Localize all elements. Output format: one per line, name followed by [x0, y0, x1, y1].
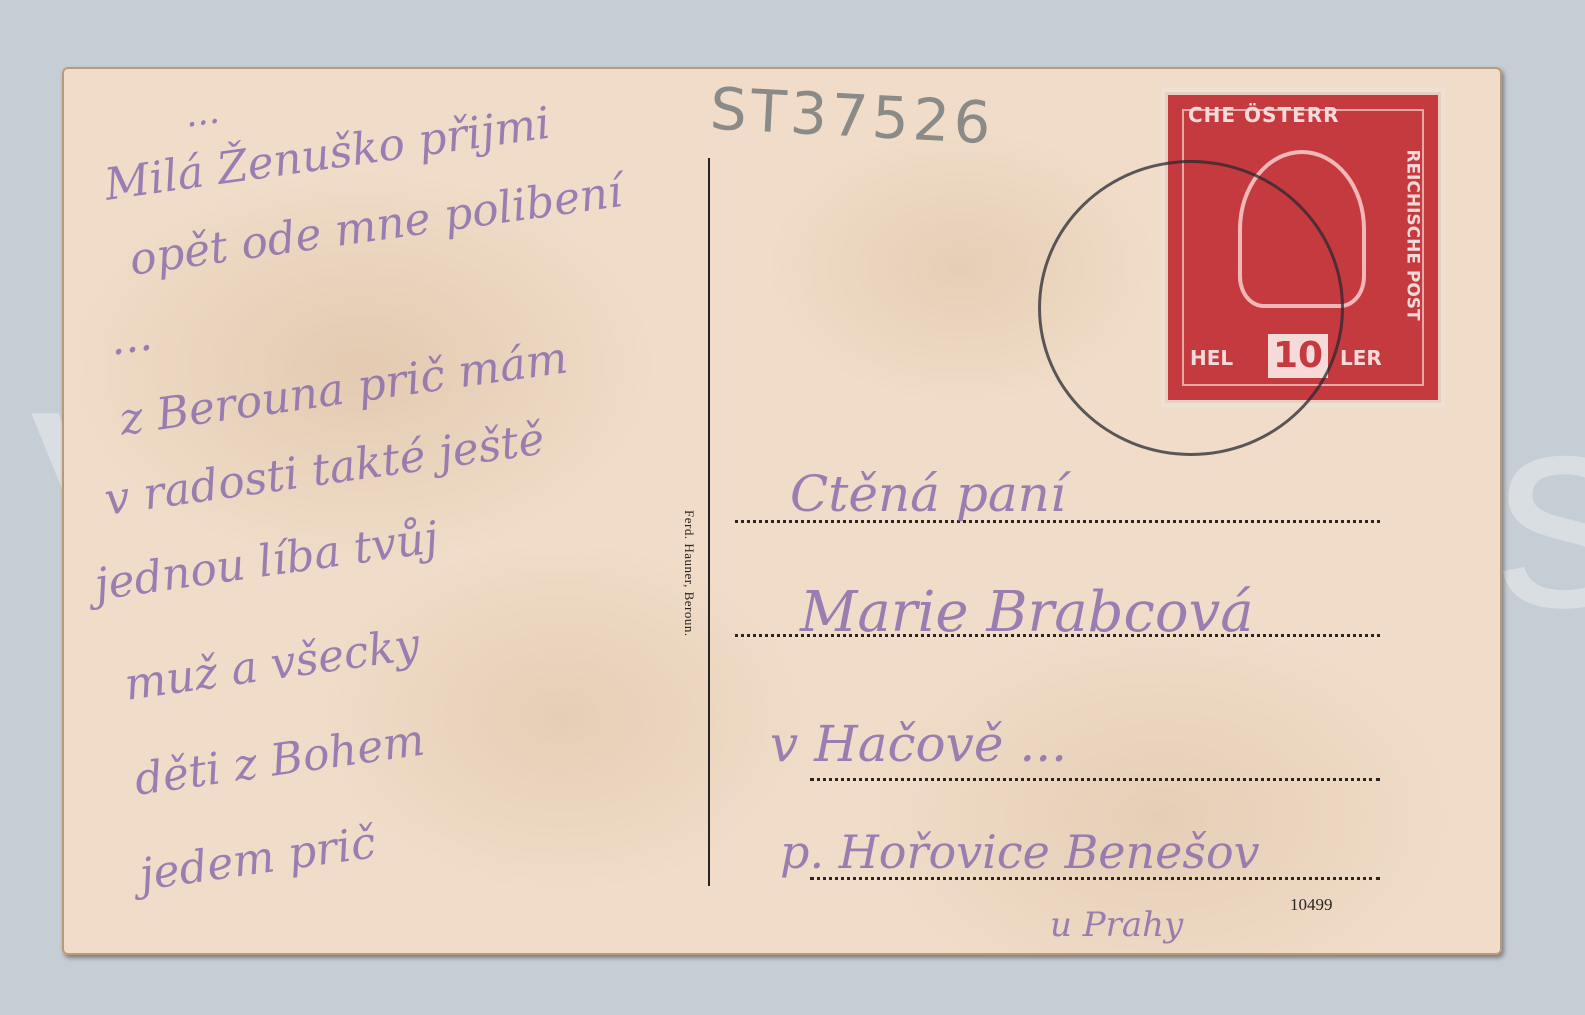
address-name: Marie Brabcová: [800, 580, 1254, 645]
address-post: p. Hořovice Benešov: [780, 825, 1260, 879]
stamp-right-text: LER: [1340, 346, 1382, 370]
address-town: v Hačově ...: [770, 715, 1067, 773]
center-divider-line: [708, 158, 710, 886]
address-salutation: Ctěná paní: [790, 465, 1066, 523]
address-region: u Prahy: [1050, 905, 1183, 945]
stamp-side-text: REICHISCHE POST: [1402, 149, 1422, 320]
message-line: ...: [106, 309, 155, 365]
serial-number: 10499: [1290, 895, 1333, 915]
address-line-3: [810, 778, 1380, 781]
postmark-cancellation: [1038, 160, 1344, 456]
message-line: ...: [182, 90, 222, 135]
stamp-top-text: CHE ÖSTERR: [1188, 103, 1340, 127]
publisher-imprint: Ferd. Hauner, Beroun.: [681, 510, 697, 730]
